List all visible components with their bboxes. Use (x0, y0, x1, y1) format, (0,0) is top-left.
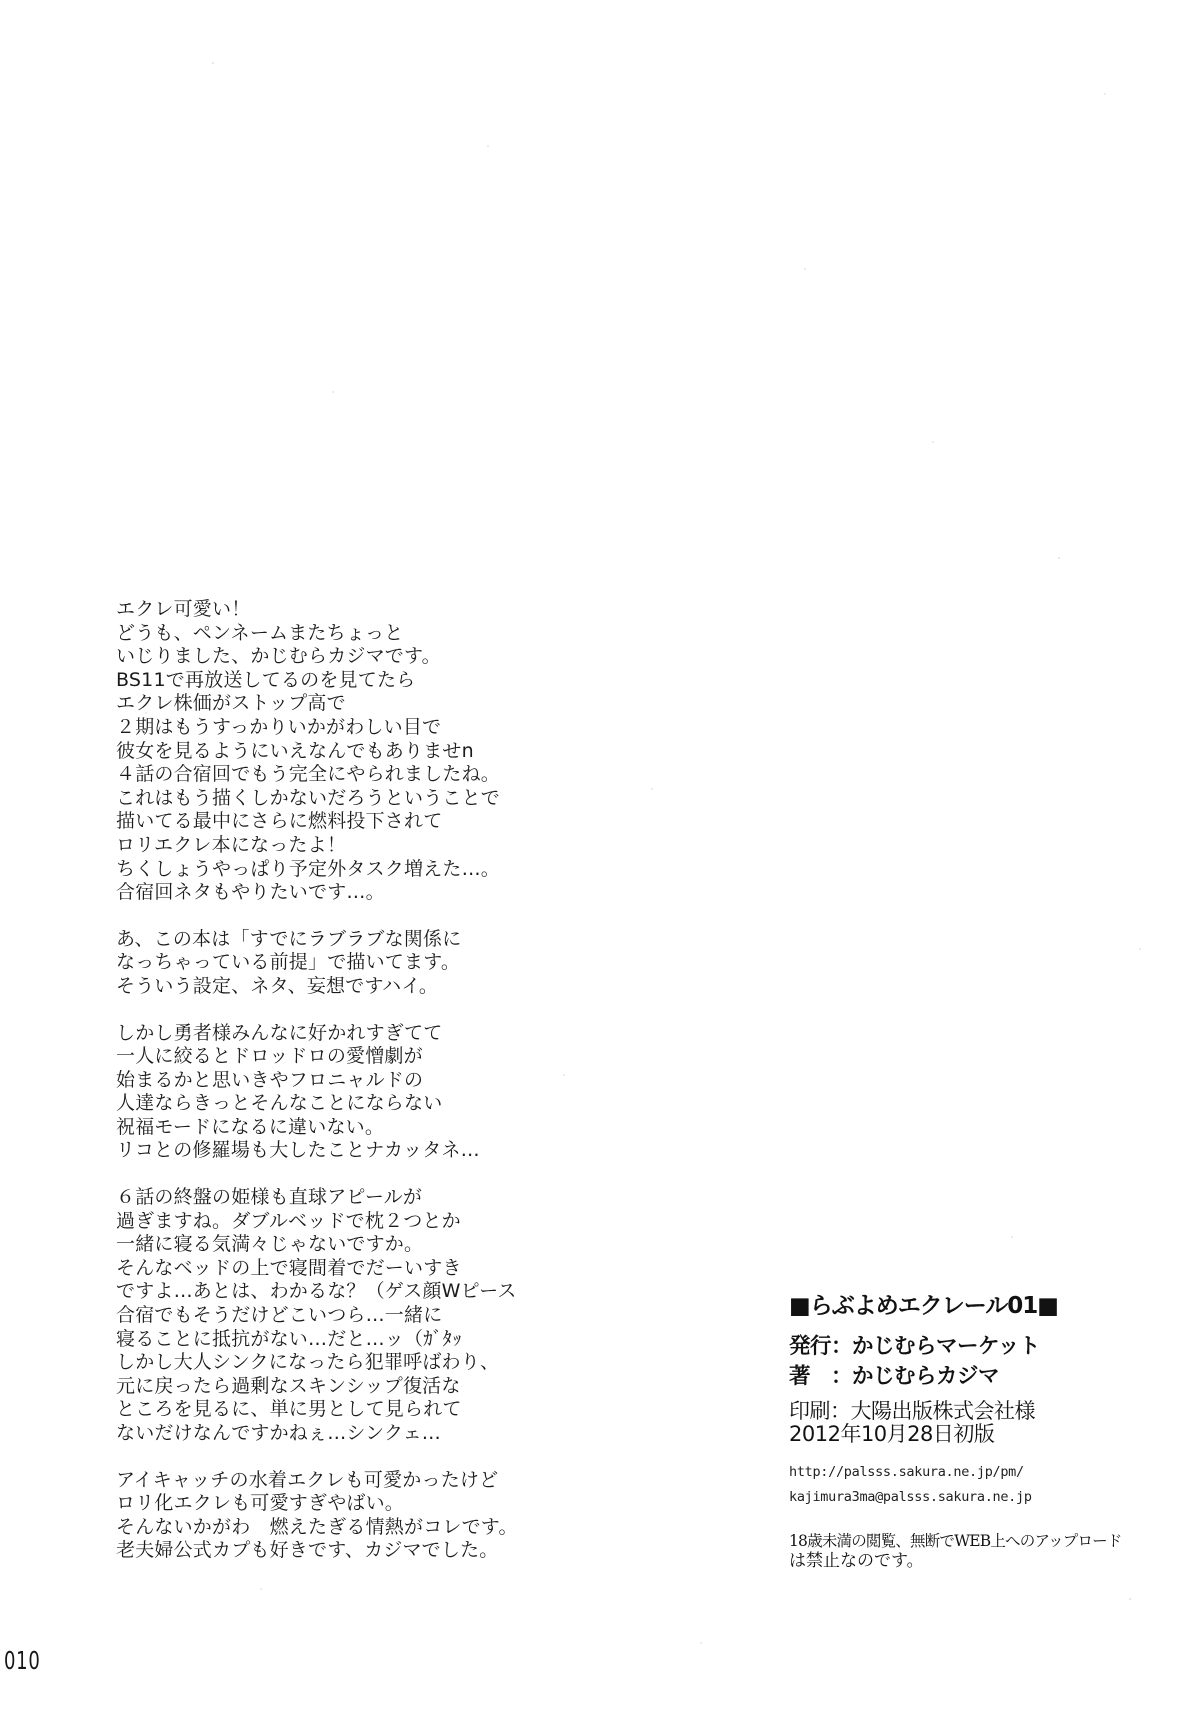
afterword-paragraph: あ、この本は「すでにラブラブな関係に なっちゃっている前提」で描いてます。 そう… (116, 928, 536, 999)
afterword-line: 始まるかと思いきやフロニャルドの (116, 1069, 536, 1093)
afterword-line: しかし勇者様みんなに好かれすぎてて (116, 1022, 536, 1046)
afterword-line: ロリエクレ本になったよ！ (116, 834, 536, 858)
afterword-line: BS11で再放送してるのを見てたら (116, 669, 536, 693)
afterword-line: どうも、ペンネームまたちょっと (116, 622, 536, 646)
afterword-line: 人達ならきっとそんなことにならない (116, 1092, 536, 1116)
afterword-line: エクレ株価がストップ高で (116, 692, 536, 716)
scanned-document-page: エクレ可愛い！ どうも、ペンネームまたちょっと いじりました、かじむらカジマです… (0, 0, 1200, 1710)
colophon-edition-date: 2012年10月28日初版 (789, 1423, 1119, 1446)
page-number: 010 (4, 1646, 41, 1675)
afterword-paragraph: しかし勇者様みんなに好かれすぎてて 一人に絞るとドロッドロの愛憎劇が 始まるかと… (116, 1022, 536, 1164)
afterword-line: 祝福モードになるに違いない。 (116, 1116, 536, 1140)
afterword-line: エクレ可愛い！ (116, 598, 536, 622)
afterword-line: ところを見るに、単に男として見られて (116, 1398, 536, 1422)
afterword-line: 過ぎますね。ダブルベッドで枕２つとか (116, 1210, 536, 1234)
afterword-line: アイキャッチの水着エクレも可愛かったけど (116, 1469, 536, 1493)
colophon-title: ■らぶよめエクレール01■ (789, 1291, 1119, 1322)
afterword-line: そんなベッドの上で寝間着でだーいすき (116, 1257, 536, 1281)
afterword-line: ６話の終盤の姫様も直球アピールが (116, 1186, 536, 1210)
afterword-line: そういう設定、ネタ、妄想ですハイ。 (116, 975, 536, 999)
afterword-line: ちくしょうやっぱり予定外タスク増えた…。 (116, 858, 536, 882)
afterword-line: ４話の合宿回でもう完全にやられましたね。 (116, 763, 536, 787)
colophon-block: ■らぶよめエクレール01■ 発行：かじむらマーケット 著 ：かじむらカジマ 印刷… (789, 1291, 1119, 1571)
afterword-line: あ、この本は「すでにラブラブな関係に (116, 928, 536, 952)
afterword-line: ないだけなんですかねぇ…シンクェ… (116, 1422, 536, 1446)
afterword-line: 合宿回ネタもやりたいです…。 (116, 881, 536, 905)
afterword-line: 老夫婦公式カプも好きです、カジマでした。 (116, 1539, 536, 1563)
colophon-website-url: http://palsss.sakura.ne.jp/pm/ (789, 1460, 1119, 1485)
afterword-line: 一緒に寝る気満々じゃないですか。 (116, 1233, 536, 1257)
age-restriction-notice: 18歳未満の閲覧、無断でWEB上へのアップロード (789, 1532, 1119, 1551)
afterword-line: ですよ…あとは、わかるな？（ゲス顔Wピース (116, 1280, 536, 1304)
colophon-author: 著 ：かじむらカジマ (789, 1362, 1119, 1392)
colophon-printer: 印刷：大陽出版株式会社様 (789, 1400, 1119, 1423)
afterword-line: リコとの修羅場も大したことナカッタネ… (116, 1139, 536, 1163)
afterword-line: ロリ化エクレも可愛すぎやばい。 (116, 1492, 536, 1516)
afterword-line: 元に戻ったら過剰なスキンシップ復活な (116, 1375, 536, 1399)
afterword-line: 描いてる最中にさらに燃料投下されて (116, 810, 536, 834)
afterword-line: 寝ることに抵抗がない…だと…ッ（ｶﾞﾀｯ (116, 1328, 536, 1352)
afterword-paragraph: アイキャッチの水着エクレも可愛かったけど ロリ化エクレも可愛すぎやばい。 そんな… (116, 1469, 536, 1563)
afterword-paragraph: エクレ可愛い！ どうも、ペンネームまたちょっと いじりました、かじむらカジマです… (116, 598, 536, 905)
colophon-email-address: kajimura3ma@palsss.sakura.ne.jp (789, 1485, 1119, 1510)
afterword-line: いじりました、かじむらカジマです。 (116, 645, 536, 669)
afterword-line: 彼女を見るようにいえなんでもありませn (116, 740, 536, 764)
afterword-line: 一人に絞るとドロッドロの愛憎劇が (116, 1045, 536, 1069)
afterword-text-block: エクレ可愛い！ どうも、ペンネームまたちょっと いじりました、かじむらカジマです… (116, 598, 536, 1586)
colophon-publisher: 発行：かじむらマーケット (789, 1332, 1119, 1362)
afterword-line: しかし大人シンクになったら犯罪呼ばわり、 (116, 1351, 536, 1375)
age-restriction-notice: は禁止なのです。 (789, 1551, 1119, 1571)
scan-noise (0, 0, 2, 2)
afterword-line: これはもう描くしかないだろうということで (116, 787, 536, 811)
afterword-line: 合宿でもそうだけどこいつら…一緒に (116, 1304, 536, 1328)
afterword-line: なっちゃっている前提」で描いてます。 (116, 951, 536, 975)
afterword-line: そんないかがわ 燃えたぎる情熱がコレです。 (116, 1516, 536, 1540)
afterword-line: ２期はもうすっかりいかがわしい目で (116, 716, 536, 740)
afterword-paragraph: ６話の終盤の姫様も直球アピールが 過ぎますね。ダブルベッドで枕２つとか 一緒に寝… (116, 1186, 536, 1446)
